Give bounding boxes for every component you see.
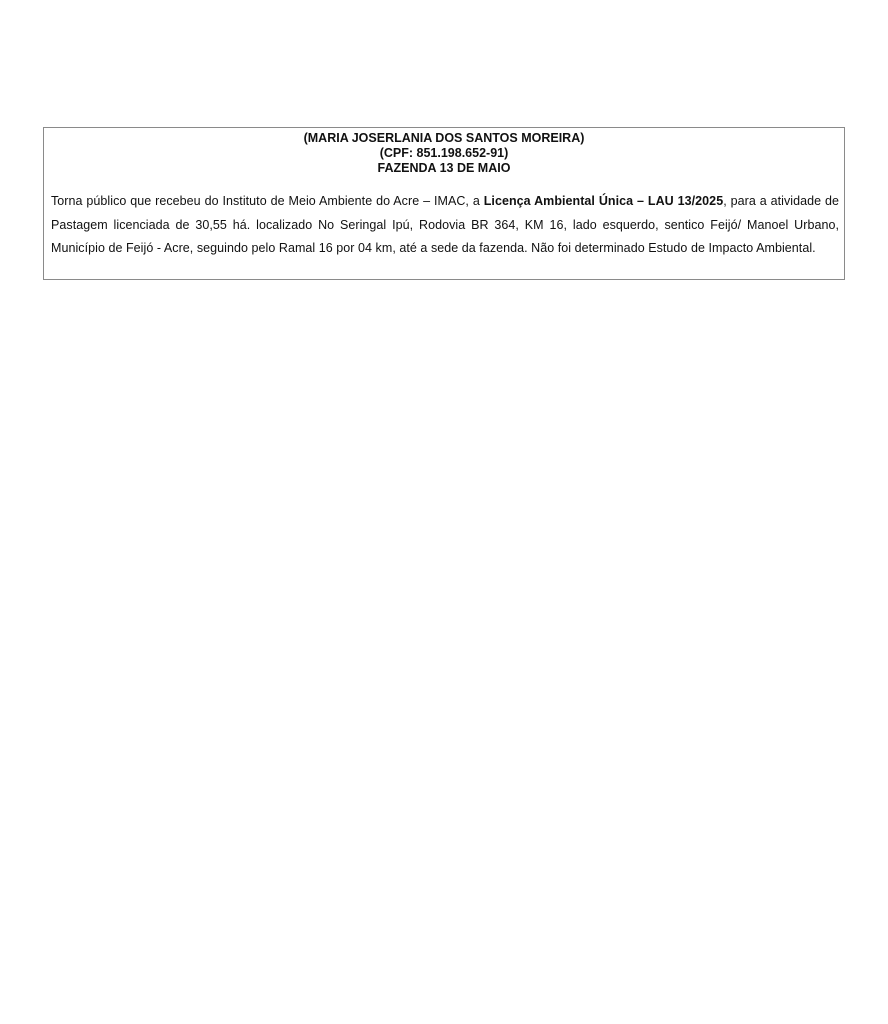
- public-notice-box: (MARIA JOSERLANIA DOS SANTOS MOREIRA) (C…: [43, 127, 845, 280]
- notice-body: Torna público que recebeu do Instituto d…: [51, 190, 839, 261]
- notice-header: (MARIA JOSERLANIA DOS SANTOS MOREIRA) (C…: [44, 128, 844, 176]
- applicant-cpf: (CPF: 851.198.652-91): [44, 146, 844, 161]
- farm-name: FAZENDA 13 DE MAIO: [44, 161, 844, 176]
- applicant-name: (MARIA JOSERLANIA DOS SANTOS MOREIRA): [44, 131, 844, 146]
- license-reference: Licença Ambiental Única – LAU 13/2025: [484, 194, 723, 208]
- notice-body-intro: Torna público que recebeu do Instituto d…: [51, 194, 484, 208]
